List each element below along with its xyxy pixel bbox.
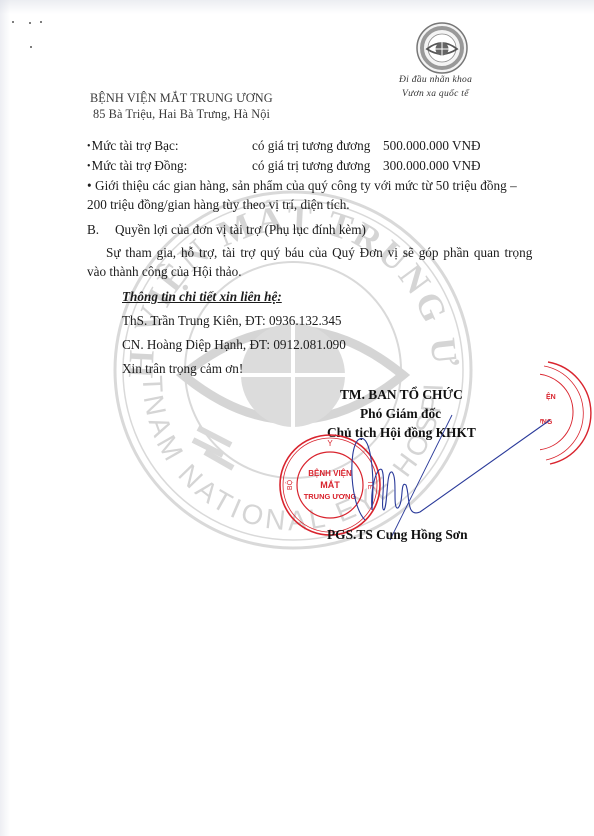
sponsor-level-value: 500.000.000 VNĐ: [383, 138, 481, 154]
stamp-left-mark: BỘ: [285, 479, 294, 490]
scan-speck: [30, 46, 32, 48]
closing-para-line-2: vào thành công của Hội thảo.: [87, 264, 242, 280]
hospital-logo-icon: [415, 21, 469, 75]
stamp-partial-text-1: ỆN: [546, 392, 556, 401]
bullet-icon: •: [87, 161, 91, 172]
thanks-text: Xin trân trọng cảm ơn!: [122, 361, 243, 377]
booth-text-line-2: 200 triệu đồng/gian hàng tùy theo vị trí…: [87, 197, 350, 213]
scan-shade-left: [0, 0, 10, 836]
sponsor-level-bronze: •Mức tài trợ Đồng:: [87, 158, 187, 174]
contact-person-2: CN. Hoàng Diệp Hạnh, ĐT: 0912.081.090: [122, 337, 346, 353]
scan-speck: [29, 22, 31, 24]
sponsor-level-value: 300.000.000 VNĐ: [383, 158, 481, 174]
section-b-title: Quyền lợi của đơn vị tài trợ (Phụ lục đí…: [115, 222, 366, 238]
org-address: 85 Bà Triệu, Hai Bà Trưng, Hà Nội: [93, 107, 270, 122]
scan-speck: [40, 21, 42, 23]
signature-org-title: TM. BAN TỔ CHỨC: [340, 387, 463, 403]
contact-person-1: ThS. Trần Trung Kiên, ĐT: 0936.132.345: [122, 313, 342, 329]
signer-name: PGS.TS Cung Hồng Sơn: [327, 527, 468, 543]
scan-speck: [12, 21, 14, 23]
contact-heading: Thông tin chi tiết xin liên hệ:: [122, 289, 282, 305]
sponsor-level-desc: có giá trị tương đương: [252, 138, 370, 154]
booth-text-line-1: • Giới thiệu các gian hàng, sản phẩm của…: [87, 178, 517, 194]
sponsor-level-label: Mức tài trợ Bạc:: [92, 138, 179, 153]
sponsor-level-label: Mức tài trợ Đồng:: [92, 158, 188, 173]
closing-para-line-1: Sự tham gia, hỗ trợ, tài trợ quý báu của…: [106, 245, 532, 261]
slogan-line-2: Vươn xa quốc tế: [402, 89, 469, 99]
org-name: BỆNH VIỆN MẮT TRUNG ƯƠNG: [90, 91, 273, 106]
sponsor-level-silver: •Mức tài trợ Bạc:: [87, 138, 179, 154]
sponsor-level-desc: có giá trị tương đương: [252, 158, 370, 174]
section-b-marker: B.: [87, 222, 99, 238]
scan-shade-top: [0, 0, 594, 14]
bullet-icon: •: [87, 141, 91, 152]
slogan-line-1: Đi đầu nhãn khoa: [399, 75, 472, 85]
